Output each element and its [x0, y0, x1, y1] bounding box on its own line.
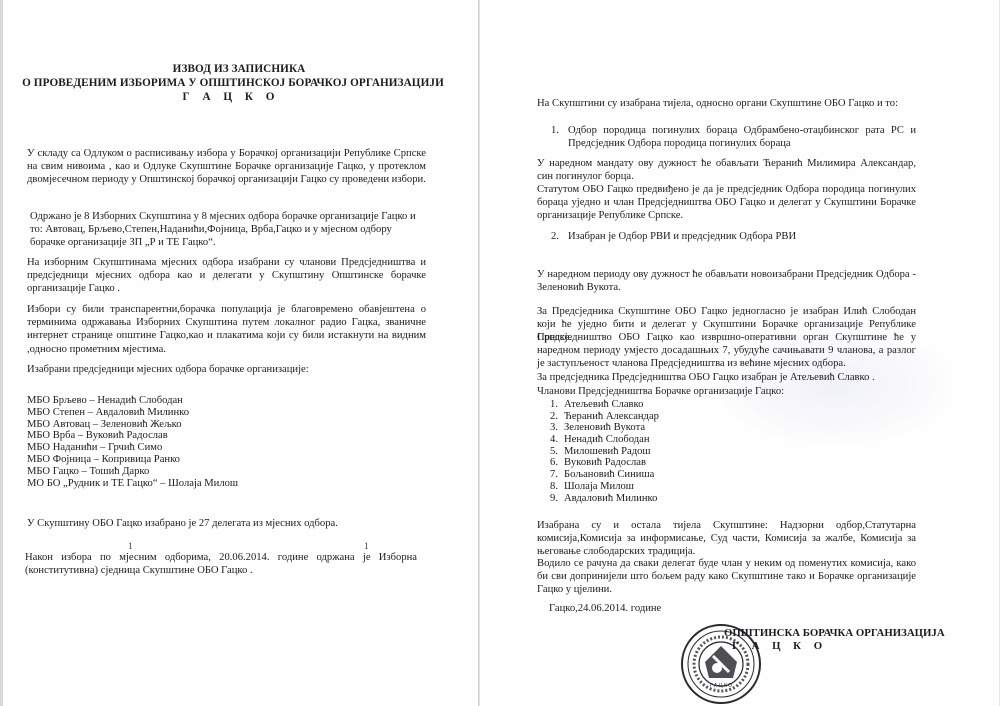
paragraph-mandate: У наредном мандату ову дужност ће обавља…	[537, 157, 916, 183]
list-item: МБО Брљево – Ненадић Слободан	[27, 395, 447, 407]
paragraph-elected-members: На изборним Скупштинама мјесних одбора и…	[27, 256, 426, 296]
list-item: МБО Фојница – Копривица Ранко	[27, 454, 447, 466]
doc-title-line-3: Г А Ц К О	[0, 91, 470, 105]
paragraph-delegates-commissions: Водило се рачуна да сваки делегат буде ч…	[537, 557, 916, 597]
presidents-heading: Изабрани предсједници мјесних одбора бор…	[27, 363, 447, 376]
document-page-right: На Скупштини су изабрана тијела, односно…	[479, 0, 1000, 706]
signature-org: ОПШТИНСКА БОРАЧКА ОРГАНИЗАЦИЈА	[724, 627, 945, 640]
margin-mark: 1	[128, 541, 133, 551]
list-item: 5.Милошевић Радош	[542, 446, 842, 458]
paragraph-presidency-president: За предсједника Предсједништва ОБО Гацко…	[537, 371, 937, 384]
list-item: МБО Гацко – Тошић Дарко	[27, 466, 447, 478]
paragraph-transparency: Избори су били транспарентни,борачка поп…	[27, 303, 426, 356]
delegates-count: У Скупштину ОБО Гацко изабрано је 27 дел…	[27, 517, 447, 530]
paragraph-other-bodies: Изабрана су и остала тијела Скупштине: Н…	[537, 519, 916, 559]
list-item: 1.Атељевић Славко	[542, 399, 842, 411]
paragraph-statute: Статутом ОБО Гацко предвиђено је да је п…	[537, 183, 916, 223]
paragraph-rvi: У наредном периоду ову дужност ће обавља…	[537, 268, 916, 294]
list-item: 8.Шолаја Милош	[542, 481, 842, 493]
list-item: МБО Автовац – Зеленовић Жељко	[27, 419, 447, 431]
list-item: 4.Ненадић Слободан	[542, 434, 842, 446]
paragraph-intro: У складу са Одлуком о расписивању избора…	[27, 147, 426, 187]
members-heading: Чланови Предсједништва Борачке организац…	[537, 385, 937, 398]
document-page-left: ИЗВОД ИЗ ЗАПИСНИКА О ПРОВЕДЕНИМ ИЗБОРИМА…	[0, 0, 479, 706]
doc-title-line-2: О ПРОВЕДЕНИМ ИЗБОРИМА У ОПШТИНСКОЈ БОРАЧ…	[0, 77, 472, 91]
item-families-board: Одбор породица погинулих бораца Одбрамбе…	[568, 124, 916, 150]
place-date: Гацко,24.06.2014. године	[549, 602, 849, 615]
presidents-list: МБО Брљево – Ненадић Слободан МБО Степен…	[27, 395, 447, 489]
list-item: МБО Наданићи – Грчић Симо	[27, 442, 447, 454]
svg-text:Г А Ц К О: Г А Ц К О	[710, 683, 732, 689]
page-edge	[0, 0, 3, 706]
paragraph-session: Након избора по мјесним одборима, 20.06.…	[25, 551, 417, 577]
paragraph-bodies-intro: На Скупштини су изабрана тијела, односно…	[537, 97, 957, 110]
list-item: МО БО „Рудник и ТЕ Гацко“ – Шолаја Милош	[27, 478, 447, 490]
signature-city: Г А Ц К О	[724, 640, 945, 653]
presidency-members-list: 1.Атељевић Славко 2.Ћеранић Александар 3…	[542, 399, 842, 504]
paragraph-assemblies: Одржано је 8 Изборних Скупштина у 8 мјес…	[30, 210, 426, 250]
list-item: 3.Зеленовић Вукота	[542, 422, 842, 434]
margin-mark: 1	[364, 541, 369, 551]
doc-title-line-1: ИЗВОД ИЗ ЗАПИСНИКА	[0, 63, 478, 77]
signature-block: ОПШТИНСКА БОРАЧКА ОРГАНИЗАЦИЈА Г А Ц К О	[724, 627, 945, 653]
paragraph-presidency: Предсједништво ОБО Гацко као извршно-опе…	[537, 331, 916, 371]
list-item: 6.Вуковић Радослав	[542, 457, 842, 469]
list-item: 2.Ћеранић Александар	[542, 411, 842, 423]
list-item: МБО Врба – Вуковић Радослав	[27, 430, 447, 442]
list-item: 9.Авдаловић Милинко	[542, 493, 842, 505]
list-item: 7.Бољановић Синиша	[542, 469, 842, 481]
item-rvi-board: Изабран је Одбор РВИ и предсједник Одбор…	[568, 230, 916, 243]
list-item: МБО Степен – Авдаловић Милинко	[27, 407, 447, 419]
